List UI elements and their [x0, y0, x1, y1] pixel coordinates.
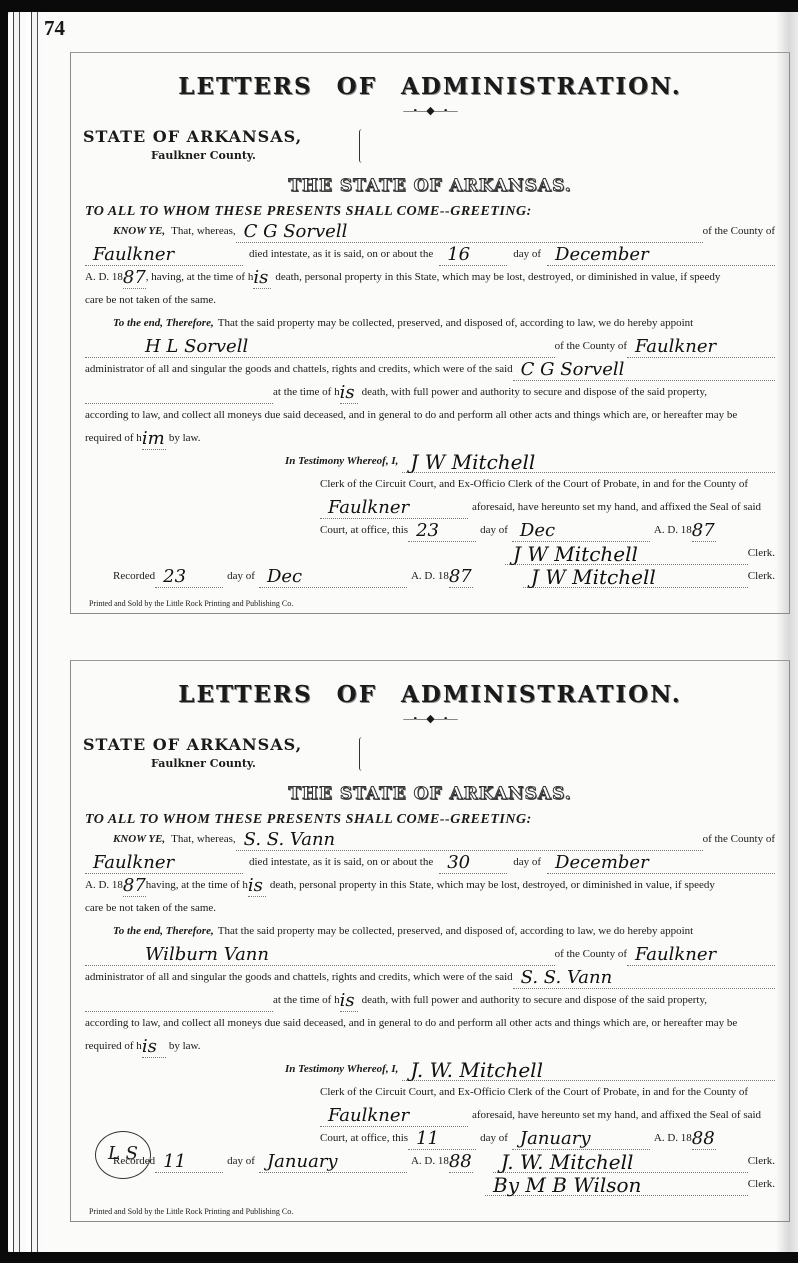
printer-imprint: Printed and Sold by the Little Rock Prin… — [89, 592, 775, 615]
administrator-name-field[interactable]: Wilburn Vann — [85, 945, 555, 966]
clerk-name-field[interactable]: J. W. Mitchell — [402, 1060, 775, 1081]
state-heading: THE STATE OF ARKANSAS. — [71, 176, 789, 196]
page-binding-edge — [8, 12, 42, 1252]
deceased-name-field[interactable]: S. S. Vann — [236, 830, 703, 851]
office-year-field[interactable]: 88 — [692, 1129, 716, 1150]
deceased-name-2-field[interactable]: S. S. Vann — [513, 968, 775, 989]
ornament-divider: —•—◆—•— — [71, 712, 789, 725]
deputy-signature: By M B Wilson — [485, 1175, 748, 1196]
deceased-county-field[interactable]: Faulkner — [85, 853, 243, 874]
office-month-field[interactable]: January — [512, 1129, 650, 1150]
clerk-signature-2: J W Mitchell — [523, 567, 748, 588]
court-county-field[interactable]: Faulkner — [320, 498, 468, 519]
death-year-field[interactable]: 87 — [123, 268, 146, 289]
administrator-name-field[interactable]: H L Sorvell — [85, 337, 555, 358]
pronoun-3-field[interactable]: im — [142, 429, 166, 450]
deceased-name-2-field[interactable]: C G Sorvell — [513, 360, 775, 381]
office-month-field[interactable]: Dec — [512, 521, 650, 542]
clerk-signature-1: J W Mitchell — [505, 544, 748, 565]
death-month-field[interactable]: December — [547, 245, 775, 266]
brace-icon — [359, 129, 366, 163]
pronoun-2-field[interactable]: is — [340, 383, 358, 404]
ornament-divider: —•—◆—•— — [71, 104, 789, 117]
office-year-field[interactable]: 87 — [692, 521, 716, 542]
seal-mark-icon: L S — [95, 1131, 151, 1179]
pronoun-field[interactable]: is — [253, 268, 271, 289]
pronoun-field[interactable]: is — [248, 876, 266, 897]
office-day-field[interactable]: 11 — [408, 1129, 476, 1150]
state-heading: THE STATE OF ARKANSAS. — [71, 784, 789, 804]
court-county-field[interactable]: Faulkner — [320, 1106, 468, 1127]
form-body: KNOW YE,That, whereas, C G Sorvellof the… — [85, 220, 775, 615]
letters-of-administration-form-2: LETTERSOFADMINISTRATION. —•—◆—•— STATE O… — [70, 660, 790, 1222]
death-day-field[interactable]: 30 — [439, 853, 507, 874]
recorded-day-field[interactable]: 23 — [155, 567, 223, 588]
pronoun-3-field[interactable]: is — [142, 1037, 166, 1058]
venue-block: STATE OF ARKANSAS, Faulkner County. — [83, 127, 363, 162]
recorded-month-field[interactable]: January — [259, 1152, 407, 1173]
death-year-field[interactable]: 87 — [123, 876, 146, 897]
greeting: TO ALL TO WHOM THESE PRESENTS SHALL COME… — [85, 204, 789, 220]
recorded-day-field[interactable]: 11 — [155, 1152, 223, 1173]
printer-imprint: Printed and Sold by the Little Rock Prin… — [89, 1200, 775, 1223]
clerk-name-field[interactable]: J W Mitchell — [402, 452, 775, 473]
deceased-county-field[interactable]: Faulkner — [85, 245, 243, 266]
deceased-name-field[interactable]: C G Sorvell — [236, 222, 703, 243]
administrator-county-field[interactable]: Faulkner — [627, 945, 775, 966]
venue-block: STATE OF ARKANSAS, Faulkner County. — [83, 735, 363, 770]
county-label: Faulkner County. — [151, 149, 363, 162]
brace-icon — [359, 737, 366, 771]
recorded-month-field[interactable]: Dec — [259, 567, 407, 588]
form-body: KNOW YE,That, whereas, S. S. Vannof the … — [85, 828, 775, 1223]
page-number: 74 — [44, 16, 65, 41]
letters-of-administration-form-1: LETTERSOFADMINISTRATION. —•—◆—•— STATE O… — [70, 52, 790, 614]
form-title: LETTERSOFADMINISTRATION. — [71, 681, 789, 708]
office-day-field[interactable]: 23 — [408, 521, 476, 542]
administrator-county-field[interactable]: Faulkner — [627, 337, 775, 358]
death-month-field[interactable]: December — [547, 853, 775, 874]
state-label: STATE OF ARKANSAS, — [83, 735, 363, 754]
pronoun-2-field[interactable]: is — [340, 991, 358, 1012]
county-label: Faulkner County. — [151, 757, 363, 770]
recorded-year-field[interactable]: 88 — [449, 1152, 473, 1173]
clerk-signature-1: J. W. Mitchell — [493, 1152, 748, 1173]
state-label: STATE OF ARKANSAS, — [83, 127, 363, 146]
form-title: LETTERSOFADMINISTRATION. — [71, 73, 789, 100]
greeting: TO ALL TO WHOM THESE PRESENTS SHALL COME… — [85, 812, 789, 828]
ledger-page: 74 LETTERSOFADMINISTRATION. —•—◆—•— STAT… — [8, 12, 798, 1252]
recorded-year-field[interactable]: 87 — [449, 567, 473, 588]
death-day-field[interactable]: 16 — [439, 245, 507, 266]
